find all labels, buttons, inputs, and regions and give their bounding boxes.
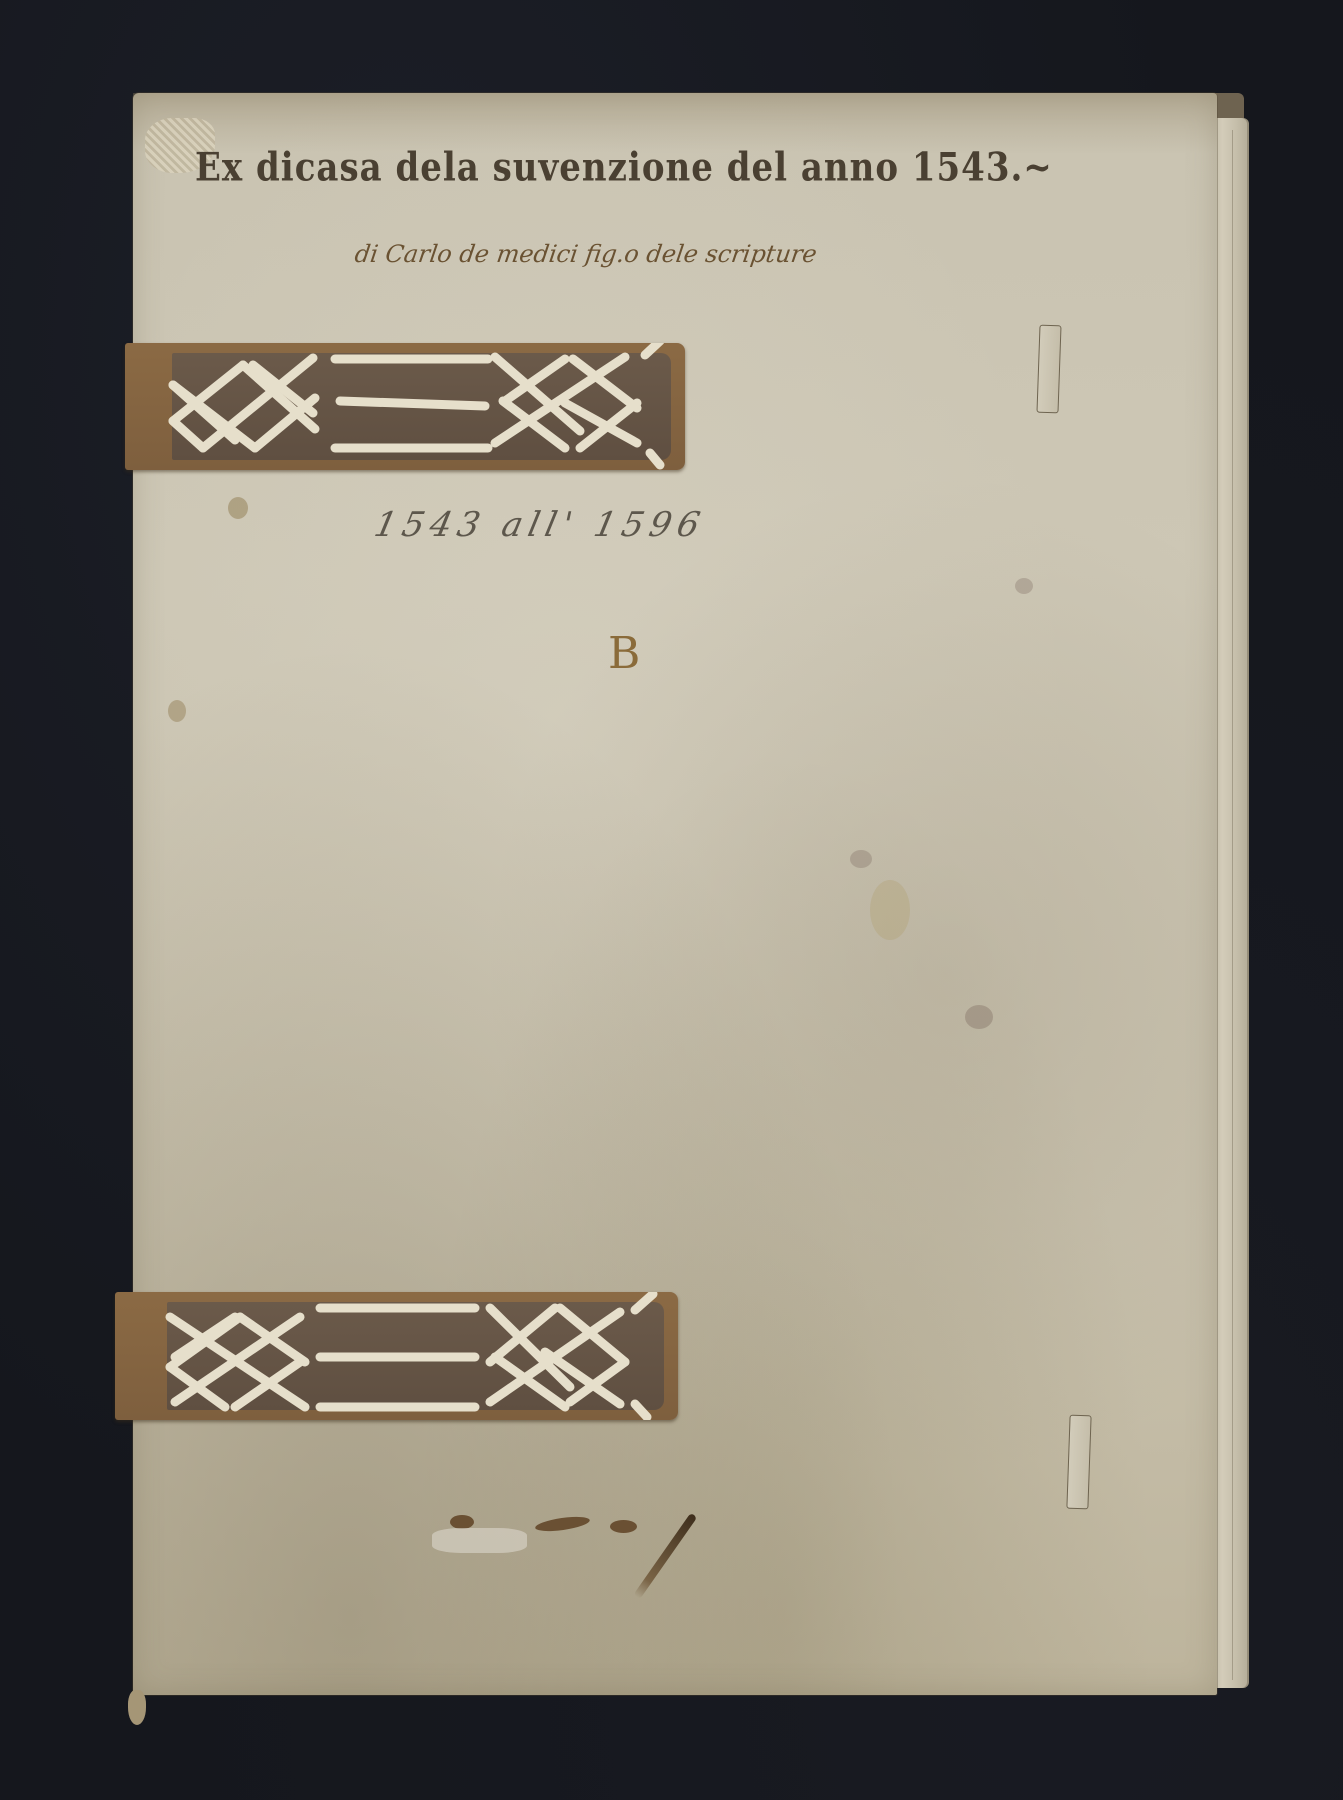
clasp-slit-lower <box>1066 1415 1091 1510</box>
lacing-pattern-icon <box>115 1292 678 1420</box>
ink-blot <box>450 1515 474 1529</box>
abrasion-patch <box>432 1528 527 1553</box>
stain <box>870 880 910 940</box>
stain <box>965 1005 993 1029</box>
ink-blot <box>610 1520 637 1533</box>
page-block-line <box>1232 130 1233 1680</box>
frayed-tie <box>128 1690 146 1725</box>
shelf-mark: B <box>608 628 640 679</box>
date-range-inscription: 1543 all' 1596 <box>371 505 710 545</box>
owner-inscription: di Carlo de medici fig.o dele scripture <box>353 240 819 268</box>
stain <box>228 497 248 519</box>
stain <box>850 850 872 868</box>
top-edge-wear <box>133 93 1217 153</box>
clasp-slit-upper <box>1036 325 1061 414</box>
upper-leather-band <box>125 343 685 470</box>
stain <box>1015 578 1033 594</box>
title-inscription: Ex dicasa dela suvenzione del anno 1543.… <box>195 145 1065 191</box>
lacing-pattern-icon <box>125 343 685 470</box>
stain <box>168 700 186 722</box>
lower-leather-band <box>115 1292 678 1420</box>
